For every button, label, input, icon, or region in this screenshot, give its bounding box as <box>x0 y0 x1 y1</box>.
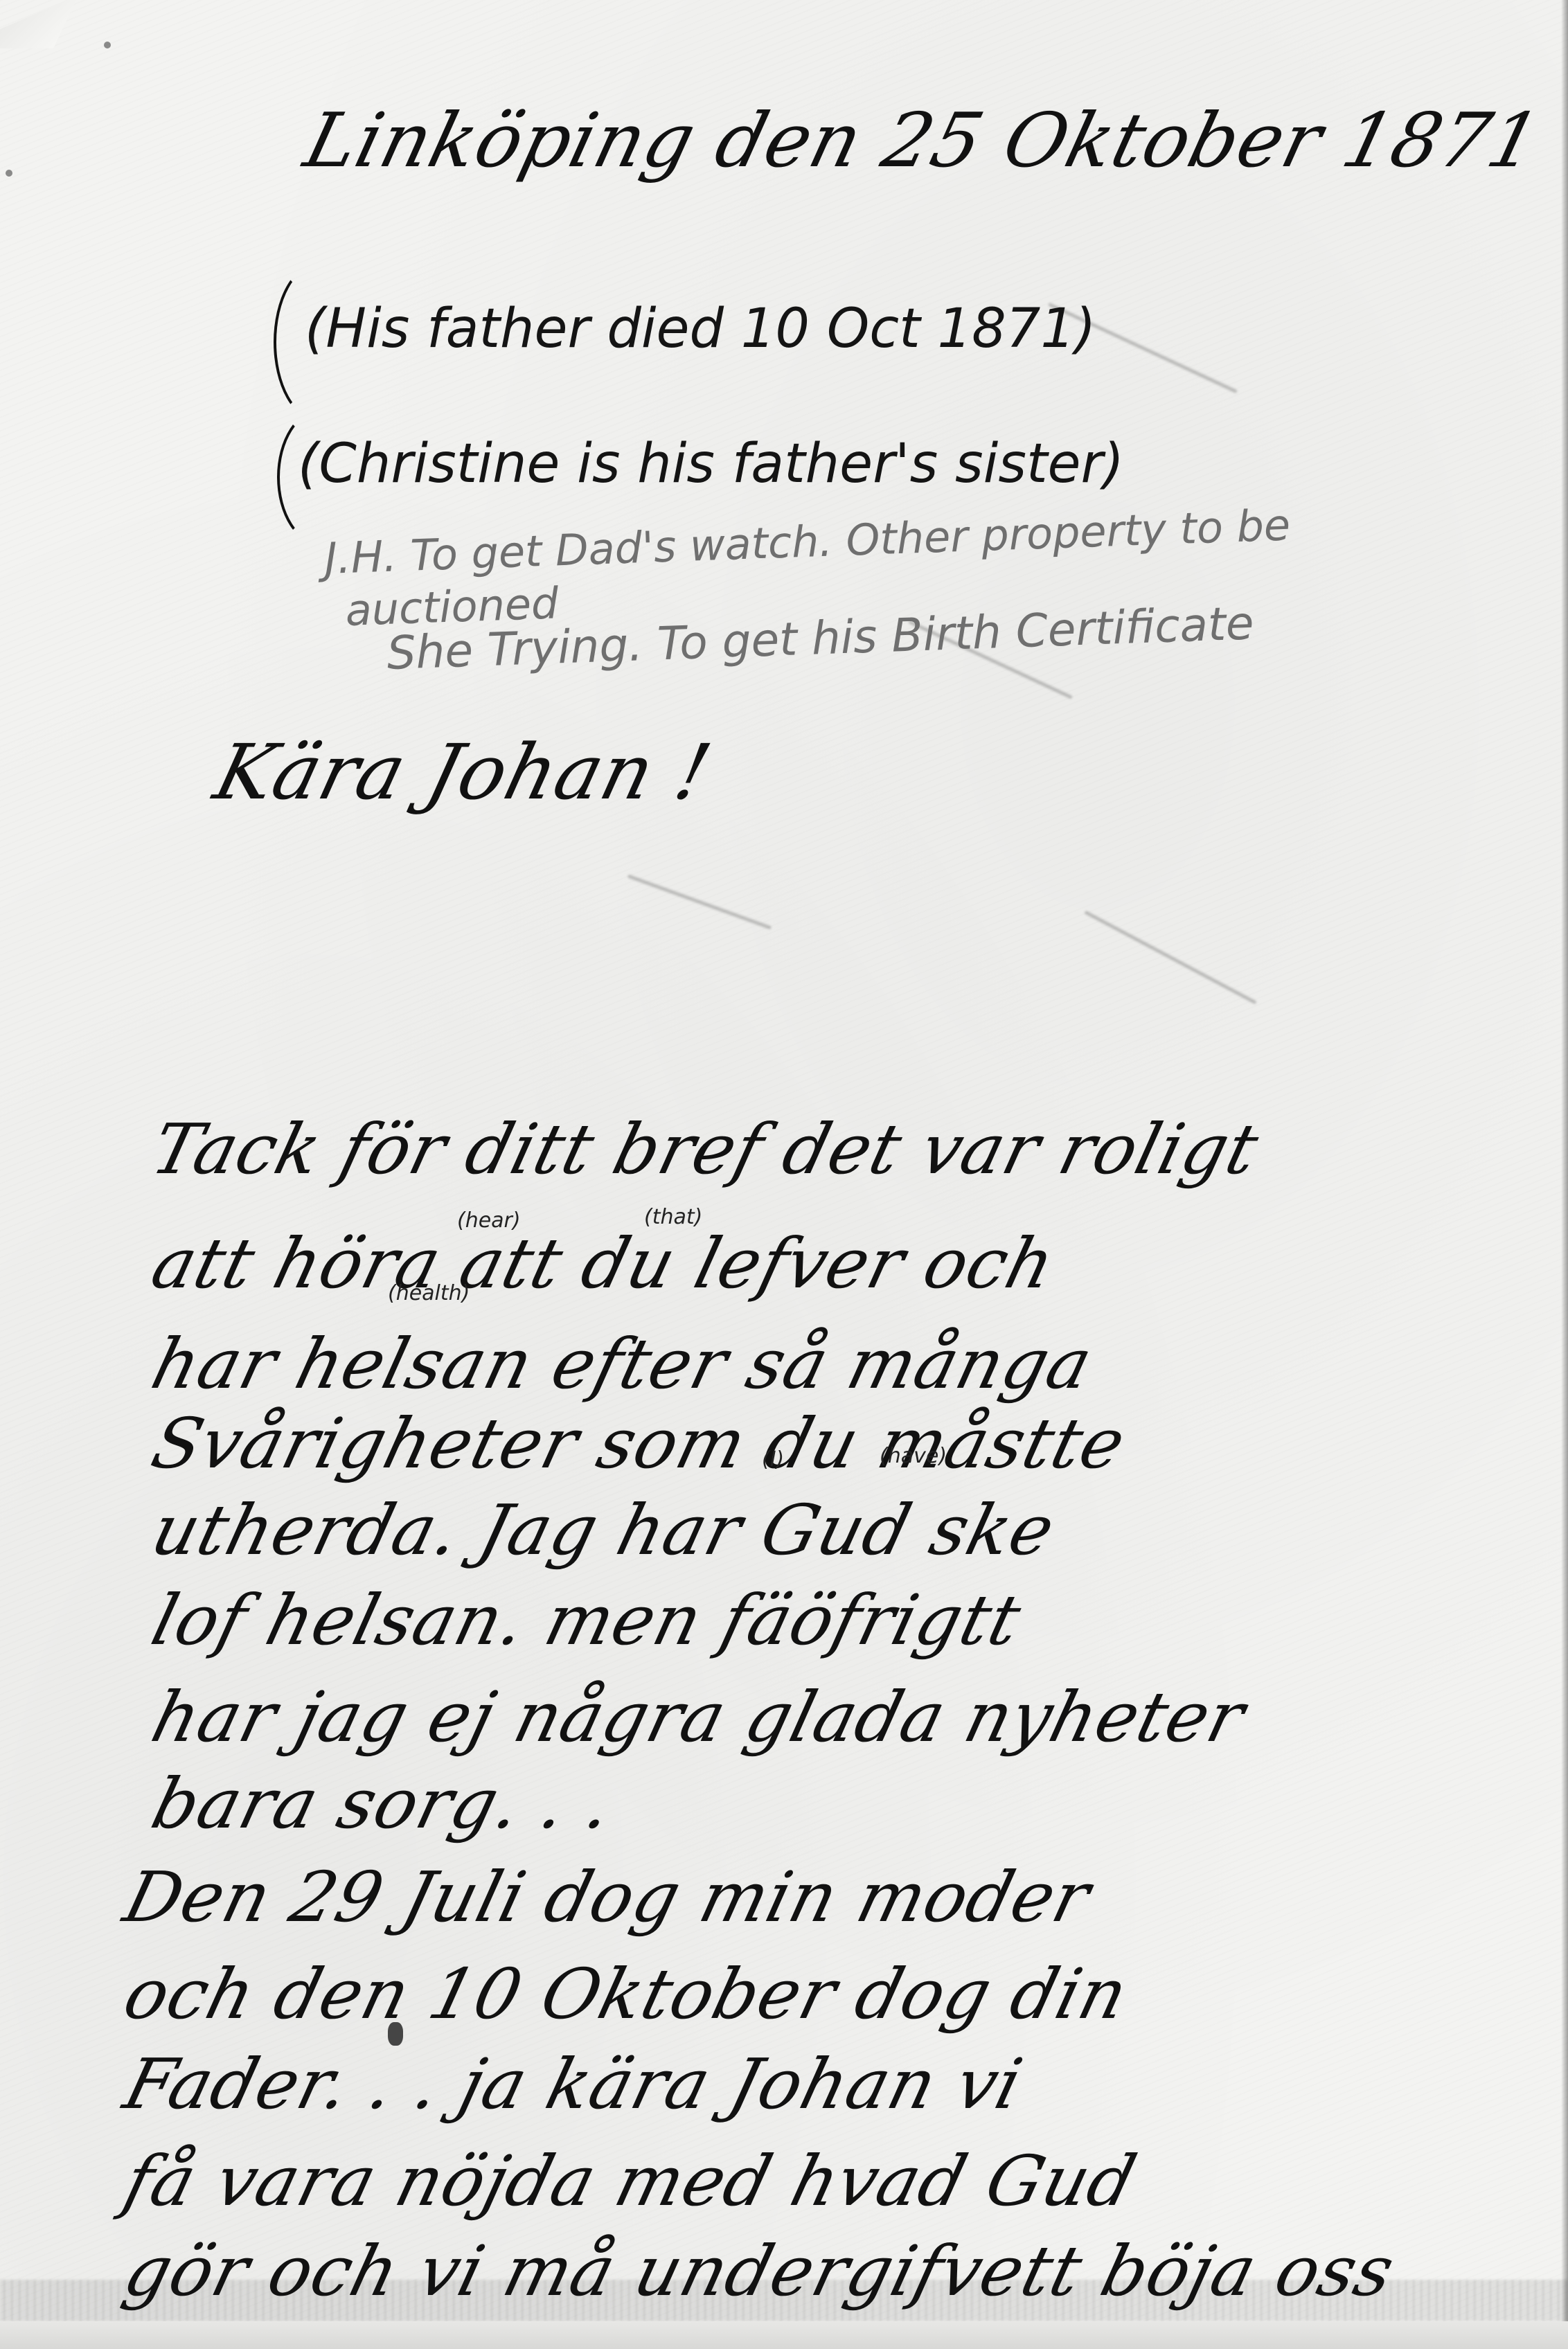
paper-speck <box>6 170 12 177</box>
letter-page: Linköping den 25 Oktober 1871 (His fathe… <box>0 0 1568 2349</box>
page-right-edge-shadow <box>1561 0 1568 2349</box>
body-line: Den 29 Juli dog min moder <box>118 1863 1097 1932</box>
annotation-father-died: (His father died 10 Oct 1871) <box>305 298 1096 360</box>
paper-speck <box>104 42 111 48</box>
place-date-line: Linköping den 25 Oktober 1871 <box>298 104 1547 179</box>
ink-streak <box>627 875 772 930</box>
gloss-have: (have) <box>880 1444 947 1468</box>
body-line: och den 10 Oktober dog din <box>118 1960 1134 2029</box>
body-line: få vara nöjda med hvad Gud <box>118 2147 1143 2216</box>
body-line: har helsan efter så många <box>145 1330 1099 1399</box>
gloss-i: (I) <box>762 1447 784 1472</box>
body-line: Fader. . . ja kära Johan vi <box>118 2050 1029 2119</box>
body-line: lof helsan. men fäöfrigtt <box>145 1586 1028 1655</box>
body-line: Svårigheter som du måstte <box>145 1409 1132 1479</box>
salutation: Kära Johan ! <box>208 734 718 810</box>
ink-streak <box>1084 911 1257 1005</box>
annotation-christine: (Christine is his father's sister) <box>298 433 1124 495</box>
body-line: har jag ej några glada nyheter <box>145 1683 1251 1752</box>
body-line: att höra att du lefver och <box>145 1229 1062 1298</box>
page-bottom-edge <box>0 2321 1568 2349</box>
body-line: gör och vi må undergifvett böja oss <box>118 2237 1401 2306</box>
body-line: bara sorg. . . <box>145 1769 619 1839</box>
pencil-note-watch: J.H. To get Dad's watch. Other property … <box>323 499 1291 584</box>
gloss-health: (health) <box>388 1281 470 1305</box>
folded-corner <box>0 0 76 48</box>
body-line: Tack för ditt bref det var roligt <box>145 1115 1265 1184</box>
body-line: utherda. Jag har Gud ske <box>145 1496 1061 1565</box>
